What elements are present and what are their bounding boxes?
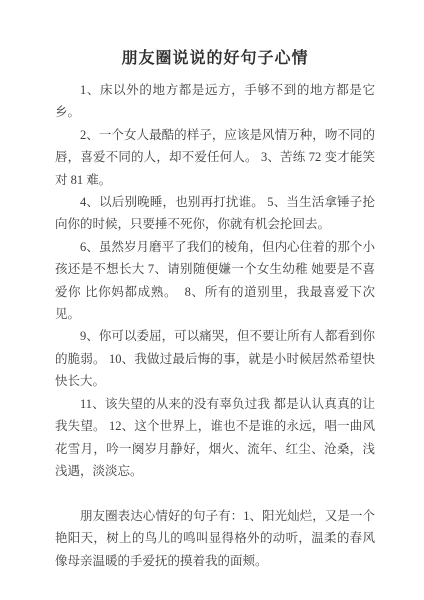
paragraph-2: 2、一个女人最酷的样子，应该是风情万种，吻不同的唇，喜爱不同的人，却不爱任何人。… xyxy=(55,124,375,191)
paragraph-5: 9、你可以委屈，可以痛哭，但不要让所有人都看到你的脆弱。 10、我做过最后悔的事… xyxy=(55,325,375,392)
closing-paragraph: 朋友圈表达心情好的句子有：1、阳光灿烂，又是一个艳阳天，树上的鸟儿的鸣叫显得格外… xyxy=(55,505,375,572)
paragraph-3: 4、以后别晚睡，也别再打扰谁。 5、当生活拿锤子抡向你的时候，只要捶不死你，你就… xyxy=(55,191,375,236)
paragraph-6: 11、该失望的从来的没有辜负过我 都是认认真真的让我失望。 12、这个世界上，谁… xyxy=(55,393,375,483)
page-title: 朋友圈说说的好句子心情 xyxy=(55,47,375,71)
paragraph-4: 6、虽然岁月磨平了我们的棱角，但内心住着的那个小孩还是不想长大 7、请别随便嫌一… xyxy=(55,236,375,326)
paragraph-1: 1、床以外的地方都是远方，手够不到的地方都是它乡。 xyxy=(55,79,375,124)
document-content: 朋友圈说说的好句子心情 1、床以外的地方都是远方，手够不到的地方都是它乡。 2、… xyxy=(55,47,375,572)
document-page: 朋友圈说说的好句子心情 1、床以外的地方都是远方，手够不到的地方都是它乡。 2、… xyxy=(0,0,424,600)
